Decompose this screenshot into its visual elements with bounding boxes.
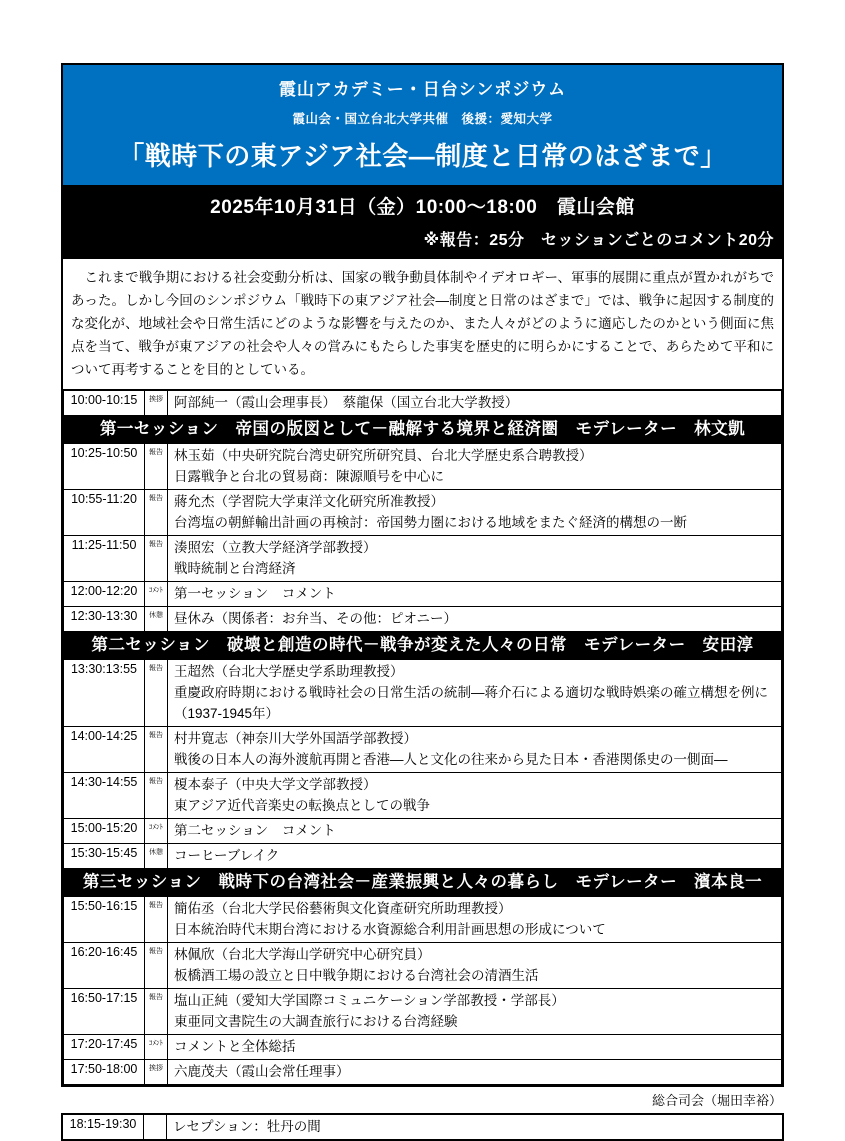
time-cell: 14:30-14:55 — [64, 773, 145, 819]
datetime-banner: 2025年10月31日（金）10:00～18:00 霞山会館 ※報告：25分 セ… — [63, 185, 782, 259]
schedule-row: 11:25-11:50報告湊照宏（立教大学経済学部教授）戦時統制と台湾経済 — [64, 536, 782, 582]
content-cell: 塩山正純（愛知大学国際コミュニケーション学部教授・学部長）東亜同文書院生の大調査… — [168, 989, 782, 1035]
content-line: 六鹿茂夫（霞山会常任理事） — [174, 1061, 775, 1082]
content-cell: 湊照宏（立教大学経済学部教授）戦時統制と台湾経済 — [168, 536, 782, 582]
content-cell: 第一セッション コメント — [168, 582, 782, 607]
content-cell: 第二セッション コメント — [168, 819, 782, 844]
reception-row: 18:15-19:30 レセプション：牡丹の間 — [62, 1114, 783, 1140]
time-cell: 17:20-17:45 — [64, 1035, 145, 1060]
schedule-body: 10:00-10:15挨拶阿部純一（霞山会理事長） 蔡龍保（国立台北大学教授）第… — [64, 391, 782, 1085]
content-cell: レセプション：牡丹の間 — [167, 1114, 784, 1140]
schedule-table: 10:00-10:15挨拶阿部純一（霞山会理事長） 蔡龍保（国立台北大学教授）第… — [63, 390, 782, 1085]
tag-cell: 報告 — [145, 897, 168, 943]
content-line: 湊照宏（立教大学経済学部教授） — [174, 537, 775, 558]
time-cell: 11:25-11:50 — [64, 536, 145, 582]
schedule-row: 14:00-14:25報告村井寛志（神奈川大学外国語学部教授）戦後の日本人の海外… — [64, 727, 782, 773]
schedule-row: 10:25-10:50報告林玉茹（中央研究院台湾史研究所研究員、台北大学歴史系合… — [64, 444, 782, 490]
intro-paragraph: これまで戦争期における社会変動分析は、国家の戦争動員体制やイデオロギー、軍事的展… — [63, 259, 782, 390]
tag-cell: 休憩 — [145, 607, 168, 632]
time-cell: 13:30:13:55 — [64, 660, 145, 727]
time-cell: 10:00-10:15 — [64, 391, 145, 416]
content-cell: 阿部純一（霞山会理事長） 蔡龍保（国立台北大学教授） — [168, 391, 782, 416]
schedule-row: 17:50-18:00挨拶六鹿茂夫（霞山会常任理事） — [64, 1060, 782, 1085]
time-cell: 10:25-10:50 — [64, 444, 145, 490]
schedule-row: 12:30-13:30休憩昼休み（関係者：お弁当、その他：ピオニー） — [64, 607, 782, 632]
content-line: レセプション：牡丹の間 — [173, 1116, 776, 1137]
session-header-row: 第一セッション 帝国の版図として－融解する境界と経済圏 モデレーター 林文凱 — [64, 416, 782, 444]
tag-cell: 報告 — [145, 727, 168, 773]
time-cell: 15:00-15:20 — [64, 819, 145, 844]
tag-cell: 挨拶 — [145, 391, 168, 416]
content-line: 榎本泰子（中央大学文学部教授） — [174, 774, 775, 795]
schedule-row: 10:55-11:20報告蔣允杰（学習院大学東洋文化研究所准教授）台湾塩の朝鮮輸… — [64, 490, 782, 536]
symposium-title: 「戦時下の東アジア社会―制度と日常のはざまで」 — [67, 136, 778, 173]
tag-cell: 挨拶 — [145, 1060, 168, 1085]
time-cell: 12:30-13:30 — [64, 607, 145, 632]
content-cell: 蔣允杰（学習院大学東洋文化研究所准教授）台湾塩の朝鮮輸出計画の再検討：帝国勢力圏… — [168, 490, 782, 536]
content-line: 昼休み（関係者：お弁当、その他：ピオニー） — [174, 608, 775, 629]
content-line: 林佩欣（台北大学海山学研究中心研究員） — [174, 944, 775, 965]
content-cell: 榎本泰子（中央大学文学部教授）東アジア近代音楽史の転換点としての戦争 — [168, 773, 782, 819]
content-line: コメントと全体総括 — [174, 1036, 775, 1057]
schedule-row: 14:30-14:55報告榎本泰子（中央大学文学部教授）東アジア近代音楽史の転換… — [64, 773, 782, 819]
note-line: ※報告：25分 セッションごとのコメント20分 — [63, 227, 782, 250]
content-line: 阿部純一（霞山会理事長） 蔡龍保（国立台北大学教授） — [174, 392, 775, 413]
datetime-line: 2025年10月31日（金）10:00～18:00 霞山会館 — [63, 192, 782, 219]
content-cell: 林佩欣（台北大学海山学研究中心研究員）板橋酒工場の設立と日中戦争期における台湾社… — [168, 943, 782, 989]
content-line: コーヒーブレイク — [174, 845, 775, 866]
header-banner: 霞山アカデミー・日台シンポジウム 霞山会・国立台北大学共催 後援：愛知大学 「戦… — [63, 65, 782, 185]
time-cell: 15:30-15:45 — [64, 844, 145, 869]
time-cell: 15:50-16:15 — [64, 897, 145, 943]
content-line: 重慶政府時期における戦時社会の日常生活の統制―蒋介石による適切な戦時娯楽の確立構… — [174, 682, 775, 724]
tag-cell: 報告 — [145, 490, 168, 536]
schedule-row: 15:50-16:15報告簡佑丞（台北大学民俗藝術與文化資產研究所助理教授）日本… — [64, 897, 782, 943]
content-line: 東アジア近代音楽史の転換点としての戦争 — [174, 795, 775, 816]
content-line: 東亜同文書院生の大調査旅行における台湾経験 — [174, 1011, 775, 1032]
session-title: 第一セッション 帝国の版図として－融解する境界と経済圏 モデレーター 林文凱 — [64, 416, 782, 444]
program-page: 霞山アカデミー・日台シンポジウム 霞山会・国立台北大学共催 後援：愛知大学 「戦… — [61, 63, 784, 1141]
tag-cell: 休憩 — [145, 844, 168, 869]
mc-line: 総合司会（堀田幸裕） — [61, 1090, 782, 1109]
tag-cell: ｺﾒﾝﾄ — [145, 819, 168, 844]
content-line: 第一セッション コメント — [174, 583, 775, 604]
reception-table: 18:15-19:30 レセプション：牡丹の間 — [61, 1113, 784, 1141]
content-line: 第二セッション コメント — [174, 820, 775, 841]
session-title: 第二セッション 破壊と創造の時代－戦争が変えた人々の日常 モデレーター 安田淳 — [64, 632, 782, 660]
schedule-row: 13:30:13:55報告王超然（台北大学歴史学系助理教授）重慶政府時期における… — [64, 660, 782, 727]
time-cell: 16:50-17:15 — [64, 989, 145, 1035]
content-line: 戦後の日本人の海外渡航再開と香港―人と文化の往来から見た日本・香港関係史の一側面… — [174, 749, 775, 770]
content-line: 塩山正純（愛知大学国際コミュニケーション学部教授・学部長） — [174, 990, 775, 1011]
schedule-row: 17:20-17:45ｺﾒﾝﾄコメントと全体総括 — [64, 1035, 782, 1060]
time-cell: 17:50-18:00 — [64, 1060, 145, 1085]
content-line: 簡佑丞（台北大学民俗藝術與文化資產研究所助理教授） — [174, 898, 775, 919]
tag-cell: 報告 — [145, 773, 168, 819]
program-main-box: 霞山アカデミー・日台シンポジウム 霞山会・国立台北大学共催 後援：愛知大学 「戦… — [61, 63, 784, 1087]
content-line: 蔣允杰（学習院大学東洋文化研究所准教授） — [174, 491, 775, 512]
schedule-row: 16:20-16:45報告林佩欣（台北大学海山学研究中心研究員）板橋酒工場の設立… — [64, 943, 782, 989]
schedule-row: 15:00-15:20ｺﾒﾝﾄ第二セッション コメント — [64, 819, 782, 844]
time-cell: 14:00-14:25 — [64, 727, 145, 773]
content-line: 村井寛志（神奈川大学外国語学部教授） — [174, 728, 775, 749]
time-cell: 18:15-19:30 — [62, 1114, 144, 1140]
content-cell: 簡佑丞（台北大学民俗藝術與文化資產研究所助理教授）日本統治時代末期台湾における水… — [168, 897, 782, 943]
content-line: 台湾塩の朝鮮輸出計画の再検討：帝国勢力圏における地域をまたぐ経済的構想の一断 — [174, 512, 775, 533]
schedule-row: 10:00-10:15挨拶阿部純一（霞山会理事長） 蔡龍保（国立台北大学教授） — [64, 391, 782, 416]
content-line: 王超然（台北大学歴史学系助理教授） — [174, 661, 775, 682]
time-cell: 10:55-11:20 — [64, 490, 145, 536]
schedule-row: 15:30-15:45休憩コーヒーブレイク — [64, 844, 782, 869]
session-title: 第三セッション 戦時下の台湾社会－産業振興と人々の暮らし モデレーター 濱本良一 — [64, 869, 782, 897]
content-cell: 林玉茹（中央研究院台湾史研究所研究員、台北大学歴史系合聘教授）日露戦争と台北の貿… — [168, 444, 782, 490]
content-cell: 六鹿茂夫（霞山会常任理事） — [168, 1060, 782, 1085]
content-cell: 村井寛志（神奈川大学外国語学部教授）戦後の日本人の海外渡航再開と香港―人と文化の… — [168, 727, 782, 773]
tag-cell: ｺﾒﾝﾄ — [145, 1035, 168, 1060]
content-line: 戦時統制と台湾経済 — [174, 558, 775, 579]
tag-cell: 報告 — [145, 660, 168, 727]
session-header-row: 第三セッション 戦時下の台湾社会－産業振興と人々の暮らし モデレーター 濱本良一 — [64, 869, 782, 897]
tag-cell: 報告 — [145, 943, 168, 989]
tag-cell: 報告 — [145, 989, 168, 1035]
tag-cell: 報告 — [145, 536, 168, 582]
content-cell: 王超然（台北大学歴史学系助理教授）重慶政府時期における戦時社会の日常生活の統制―… — [168, 660, 782, 727]
session-header-row: 第二セッション 破壊と創造の時代－戦争が変えた人々の日常 モデレーター 安田淳 — [64, 632, 782, 660]
time-cell: 16:20-16:45 — [64, 943, 145, 989]
cohost-line: 霞山会・国立台北大学共催 後援：愛知大学 — [67, 109, 778, 127]
content-cell: コーヒーブレイク — [168, 844, 782, 869]
content-line: 林玉茹（中央研究院台湾史研究所研究員、台北大学歴史系合聘教授） — [174, 445, 775, 466]
organizer-line: 霞山アカデミー・日台シンポジウム — [67, 75, 778, 100]
schedule-row: 16:50-17:15報告塩山正純（愛知大学国際コミュニケーション学部教授・学部… — [64, 989, 782, 1035]
content-line: 板橋酒工場の設立と日中戦争期における台湾社会の清酒生活 — [174, 965, 775, 986]
content-cell: 昼休み（関係者：お弁当、その他：ピオニー） — [168, 607, 782, 632]
content-cell: コメントと全体総括 — [168, 1035, 782, 1060]
time-cell: 12:00-12:20 — [64, 582, 145, 607]
tag-cell: ｺﾒﾝﾄ — [145, 582, 168, 607]
tag-cell: 報告 — [145, 444, 168, 490]
schedule-row: 12:00-12:20ｺﾒﾝﾄ第一セッション コメント — [64, 582, 782, 607]
content-line: 日本統治時代末期台湾における水資源総合利用計画思想の形成について — [174, 919, 775, 940]
tag-cell — [144, 1114, 167, 1140]
content-line: 日露戦争と台北の貿易商：陳源順号を中心に — [174, 466, 775, 487]
